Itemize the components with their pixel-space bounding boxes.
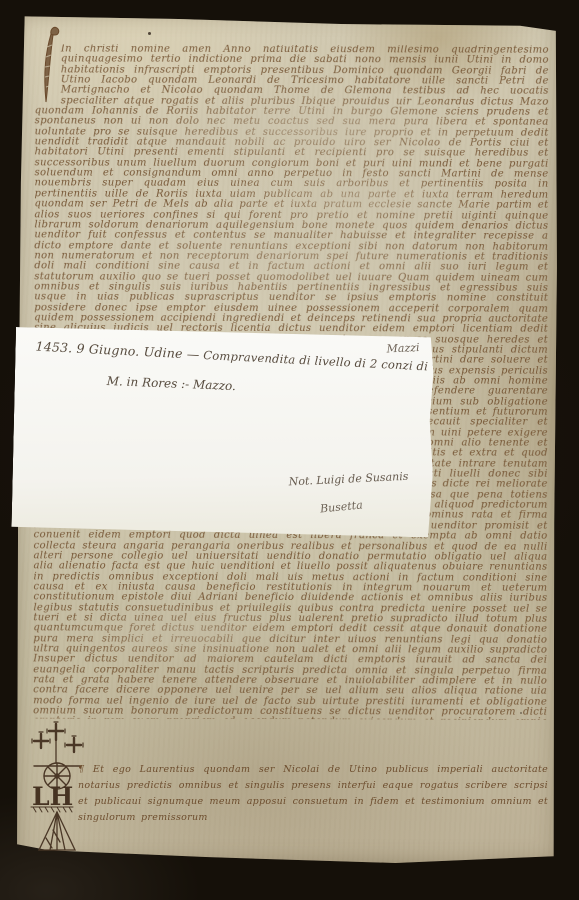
cross-icon: [32, 732, 50, 748]
archival-slip: Mazzi 1453. 9 Giugno. Udine — Compravend…: [11, 327, 435, 537]
slip-notary-line: Not. Luigi de Susanis: [288, 470, 408, 489]
slip-notary-surname: Busetta: [319, 498, 363, 515]
slip-party-line: M. in Rores :- Mazzo.: [107, 374, 237, 393]
initial-indent: [35, 44, 61, 98]
slip-date: 1453. 9 Giugno. Udine —: [35, 339, 200, 362]
slip-corner-note: Mazzi: [386, 341, 420, 356]
photograph-of-charter: { "photo": { "backdrop_color": "#151009"…: [0, 0, 579, 900]
cross-icon: [65, 736, 83, 752]
triangle-pedestal-icon: [39, 812, 75, 850]
notary-closing-text: ¶ Et ego Laurentius quondam ser Nicolai …: [78, 762, 548, 826]
ink-speck: [148, 32, 151, 35]
